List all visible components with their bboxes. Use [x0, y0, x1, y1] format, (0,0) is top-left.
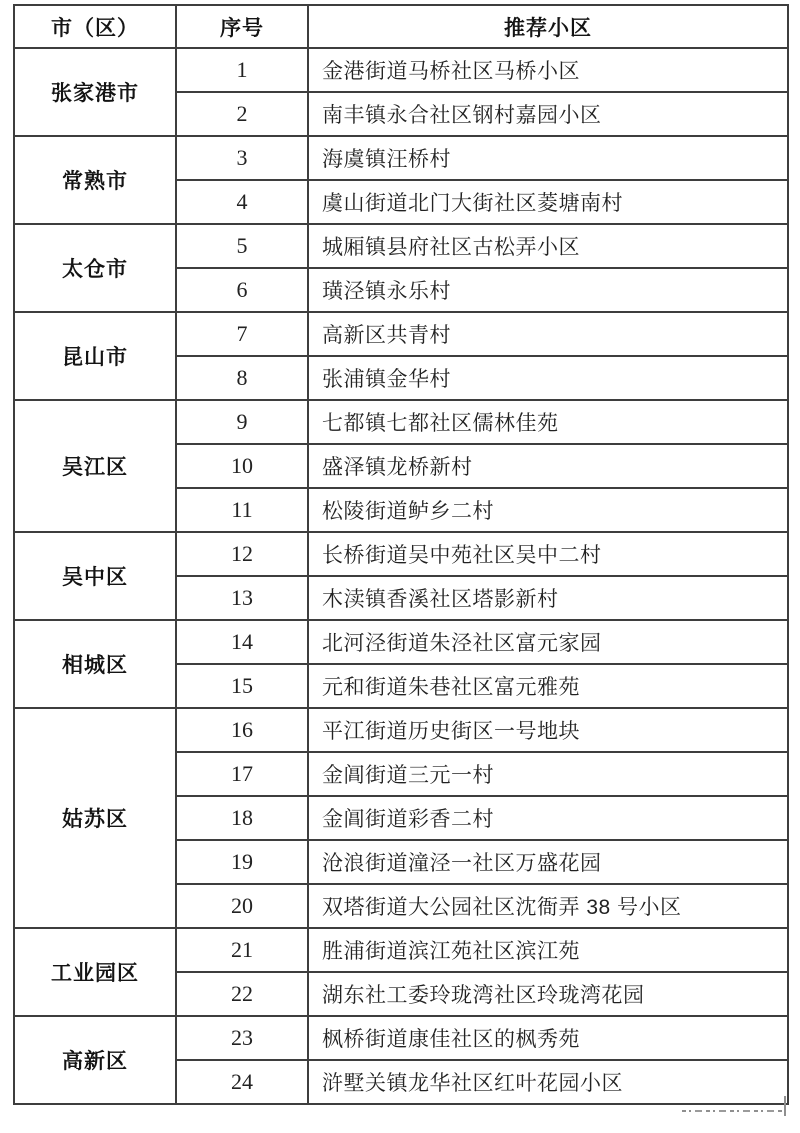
community-cell: 木渎镇香溪社区塔影新村	[308, 576, 788, 620]
community-cell: 金阊街道三元一村	[308, 752, 788, 796]
community-cell: 沧浪街道潼泾一社区万盛花园	[308, 840, 788, 884]
right-border-tail-artifact	[784, 1096, 786, 1116]
serial-cell: 8	[176, 356, 308, 400]
community-cell: 张浦镇金华村	[308, 356, 788, 400]
serial-cell: 19	[176, 840, 308, 884]
district-cell: 工业园区	[14, 928, 176, 1016]
serial-cell: 24	[176, 1060, 308, 1104]
serial-cell: 7	[176, 312, 308, 356]
bottom-border-fade-artifact	[682, 1109, 782, 1115]
header-district: 市（区）	[14, 5, 176, 48]
serial-cell: 18	[176, 796, 308, 840]
table-row: 吴中区12长桥街道吴中苑社区吴中二村	[14, 532, 788, 576]
table-row: 常熟市3海虞镇汪桥村	[14, 136, 788, 180]
community-cell: 枫桥街道康佳社区的枫秀苑	[308, 1016, 788, 1060]
community-cell: 元和街道朱巷社区富元雅苑	[308, 664, 788, 708]
table-row: 高新区23枫桥街道康佳社区的枫秀苑	[14, 1016, 788, 1060]
table-row: 昆山市7高新区共青村	[14, 312, 788, 356]
serial-cell: 20	[176, 884, 308, 928]
table-row: 吴江区9七都镇七都社区儒林佳苑	[14, 400, 788, 444]
recommended-communities-table: 市（区） 序号 推荐小区 张家港市1金港街道马桥社区马桥小区2南丰镇永合社区钢村…	[13, 4, 789, 1105]
serial-cell: 9	[176, 400, 308, 444]
community-cell: 长桥街道吴中苑社区吴中二村	[308, 532, 788, 576]
serial-cell: 4	[176, 180, 308, 224]
serial-cell: 14	[176, 620, 308, 664]
serial-cell: 22	[176, 972, 308, 1016]
community-cell: 双塔街道大公园社区沈衙弄 38 号小区	[308, 884, 788, 928]
table-row: 姑苏区16平江街道历史街区一号地块	[14, 708, 788, 752]
serial-cell: 12	[176, 532, 308, 576]
serial-cell: 5	[176, 224, 308, 268]
table-row: 相城区14北河泾街道朱泾社区富元家园	[14, 620, 788, 664]
serial-cell: 16	[176, 708, 308, 752]
serial-cell: 21	[176, 928, 308, 972]
district-cell: 姑苏区	[14, 708, 176, 928]
table-row: 太仓市5城厢镇县府社区古松弄小区	[14, 224, 788, 268]
district-cell: 相城区	[14, 620, 176, 708]
community-cell: 城厢镇县府社区古松弄小区	[308, 224, 788, 268]
community-cell: 高新区共青村	[308, 312, 788, 356]
community-cell: 北河泾街道朱泾社区富元家园	[308, 620, 788, 664]
district-cell: 高新区	[14, 1016, 176, 1104]
header-community: 推荐小区	[308, 5, 788, 48]
community-cell: 虞山街道北门大街社区菱塘南村	[308, 180, 788, 224]
header-serial: 序号	[176, 5, 308, 48]
community-cell: 胜浦街道滨江苑社区滨江苑	[308, 928, 788, 972]
community-cell: 盛泽镇龙桥新村	[308, 444, 788, 488]
community-cell: 松陵街道鲈乡二村	[308, 488, 788, 532]
district-cell: 吴中区	[14, 532, 176, 620]
community-cell: 浒墅关镇龙华社区红叶花园小区	[308, 1060, 788, 1104]
community-cell: 璜泾镇永乐村	[308, 268, 788, 312]
serial-cell: 15	[176, 664, 308, 708]
serial-cell: 2	[176, 92, 308, 136]
serial-cell: 3	[176, 136, 308, 180]
table-row: 工业园区21胜浦街道滨江苑社区滨江苑	[14, 928, 788, 972]
community-cell: 湖东社工委玲珑湾社区玲珑湾花园	[308, 972, 788, 1016]
serial-cell: 23	[176, 1016, 308, 1060]
community-cell: 金阊街道彩香二村	[308, 796, 788, 840]
community-cell: 金港街道马桥社区马桥小区	[308, 48, 788, 92]
serial-cell: 1	[176, 48, 308, 92]
community-cell: 南丰镇永合社区钢村嘉园小区	[308, 92, 788, 136]
district-cell: 常熟市	[14, 136, 176, 224]
district-cell: 昆山市	[14, 312, 176, 400]
table-row: 张家港市1金港街道马桥社区马桥小区	[14, 48, 788, 92]
district-cell: 吴江区	[14, 400, 176, 532]
header-row: 市（区） 序号 推荐小区	[14, 5, 788, 48]
district-cell: 张家港市	[14, 48, 176, 136]
table-body: 张家港市1金港街道马桥社区马桥小区2南丰镇永合社区钢村嘉园小区常熟市3海虞镇汪桥…	[14, 48, 788, 1104]
serial-cell: 6	[176, 268, 308, 312]
recommended-communities-table-wrap: 市（区） 序号 推荐小区 张家港市1金港街道马桥社区马桥小区2南丰镇永合社区钢村…	[13, 4, 787, 1105]
serial-cell: 17	[176, 752, 308, 796]
district-cell: 太仓市	[14, 224, 176, 312]
community-cell: 平江街道历史街区一号地块	[308, 708, 788, 752]
community-cell: 七都镇七都社区儒林佳苑	[308, 400, 788, 444]
community-cell: 海虞镇汪桥村	[308, 136, 788, 180]
serial-cell: 11	[176, 488, 308, 532]
serial-cell: 10	[176, 444, 308, 488]
serial-cell: 13	[176, 576, 308, 620]
